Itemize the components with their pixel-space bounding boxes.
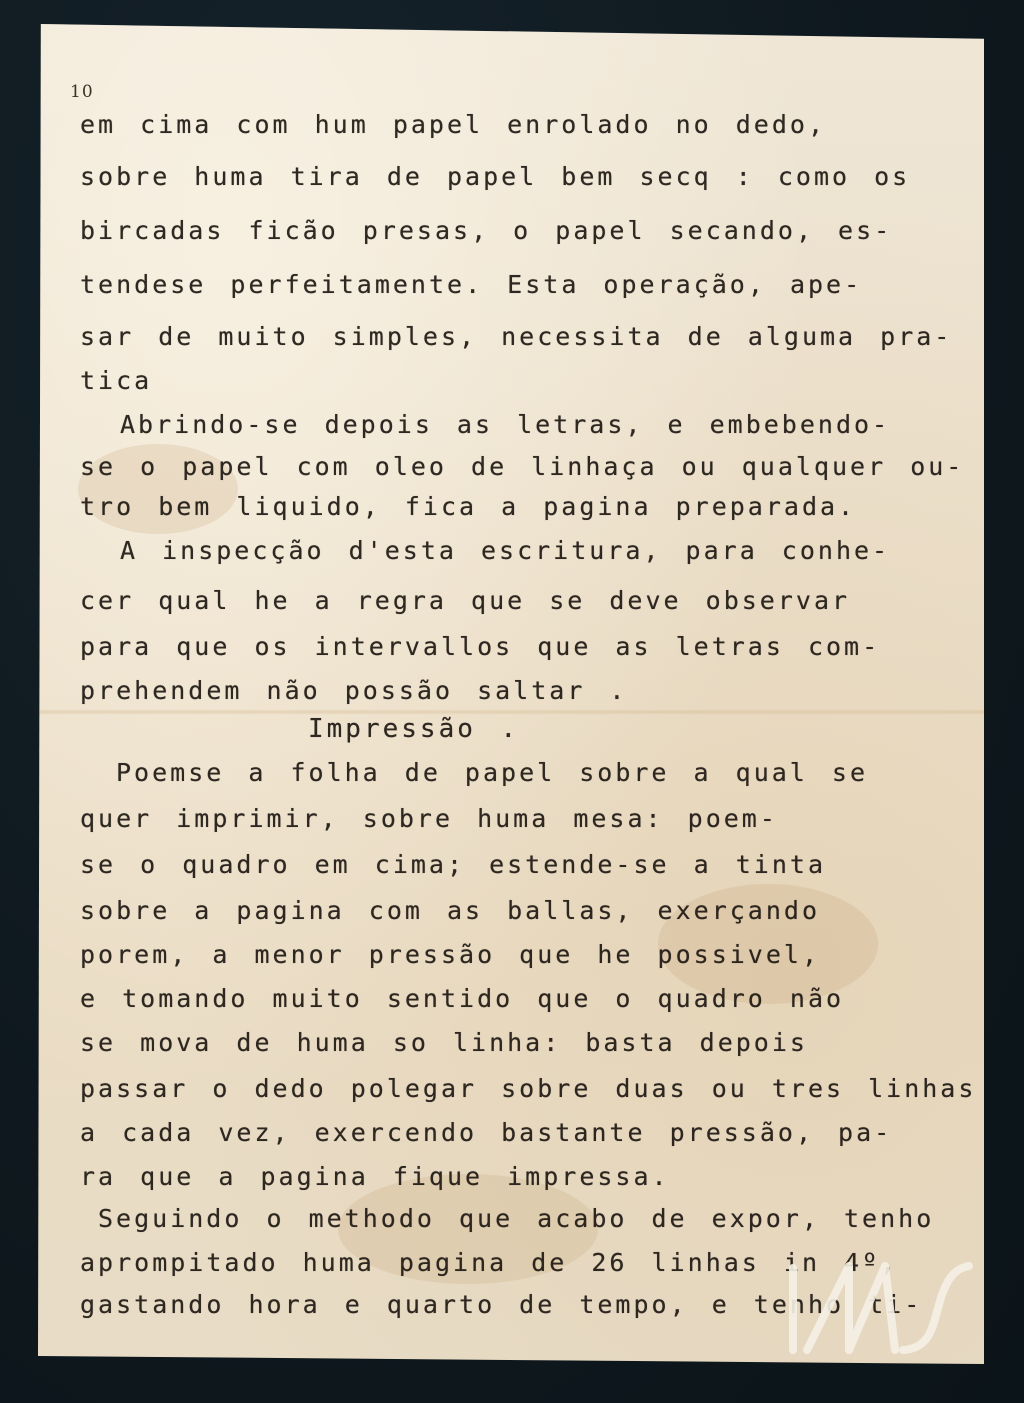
- text-line: aprompitado huma pagina de 26 linhas in …: [80, 1248, 898, 1277]
- text-line: se mova de huma so linha: basta depois: [80, 1028, 808, 1057]
- page-number: 10: [70, 82, 94, 102]
- text-line: Poemse a folha de papel sobre a qual se: [116, 758, 868, 787]
- text-line: tro bem liquido, fica a pagina preparada…: [80, 492, 856, 521]
- text-line: Seguindo o methodo que acabo de expor, t…: [98, 1204, 934, 1233]
- text-line: porem, a menor pressão que he possivel,: [80, 940, 820, 969]
- text-line: se o quadro em cima; estende-se a tinta: [80, 850, 826, 879]
- text-line: tica: [80, 366, 152, 395]
- text-line: para que os intervallos que as letras co…: [80, 632, 880, 661]
- text-line: passar o dedo polegar sobre duas ou tres…: [80, 1074, 976, 1103]
- ims-logo-icon: [785, 1258, 975, 1358]
- text-line: se o papel com oleo de linhaça ou qualqu…: [80, 452, 964, 481]
- text-line: sobre a pagina com as ballas, exerçando: [80, 896, 820, 925]
- text-line: prehendem não possão saltar .: [80, 676, 628, 705]
- section-heading: Impressão .: [308, 714, 519, 744]
- text-line: A inspecção d'esta escritura, para conhe…: [120, 536, 890, 565]
- text-line: e tomando muito sentido que o quadro não: [80, 984, 844, 1013]
- text-line: sobre huma tira de papel bem secq : como…: [80, 162, 910, 191]
- manuscript-page: 10 em cima com hum papel enrolado no ded…: [38, 24, 984, 1364]
- text-line: tendese perfeitamente. Esta operação, ap…: [80, 270, 862, 299]
- text-line: em cima com hum papel enrolado no dedo,: [80, 110, 826, 139]
- text-line: ra que a pagina fique impressa.: [80, 1162, 670, 1191]
- text-line: a cada vez, exercendo bastante pressão, …: [80, 1118, 892, 1147]
- text-line: cer qual he a regra que se deve observar: [80, 586, 850, 615]
- text-line: bircadas ficão presas, o papel secando, …: [80, 216, 892, 245]
- text-line: sar de muito simples, necessita de algum…: [80, 322, 952, 351]
- ims-watermark-logo: [785, 1258, 975, 1358]
- text-line: Abrindo-se depois as letras, e embebendo…: [120, 410, 890, 439]
- text-line: quer imprimir, sobre huma mesa: poem-: [80, 804, 778, 833]
